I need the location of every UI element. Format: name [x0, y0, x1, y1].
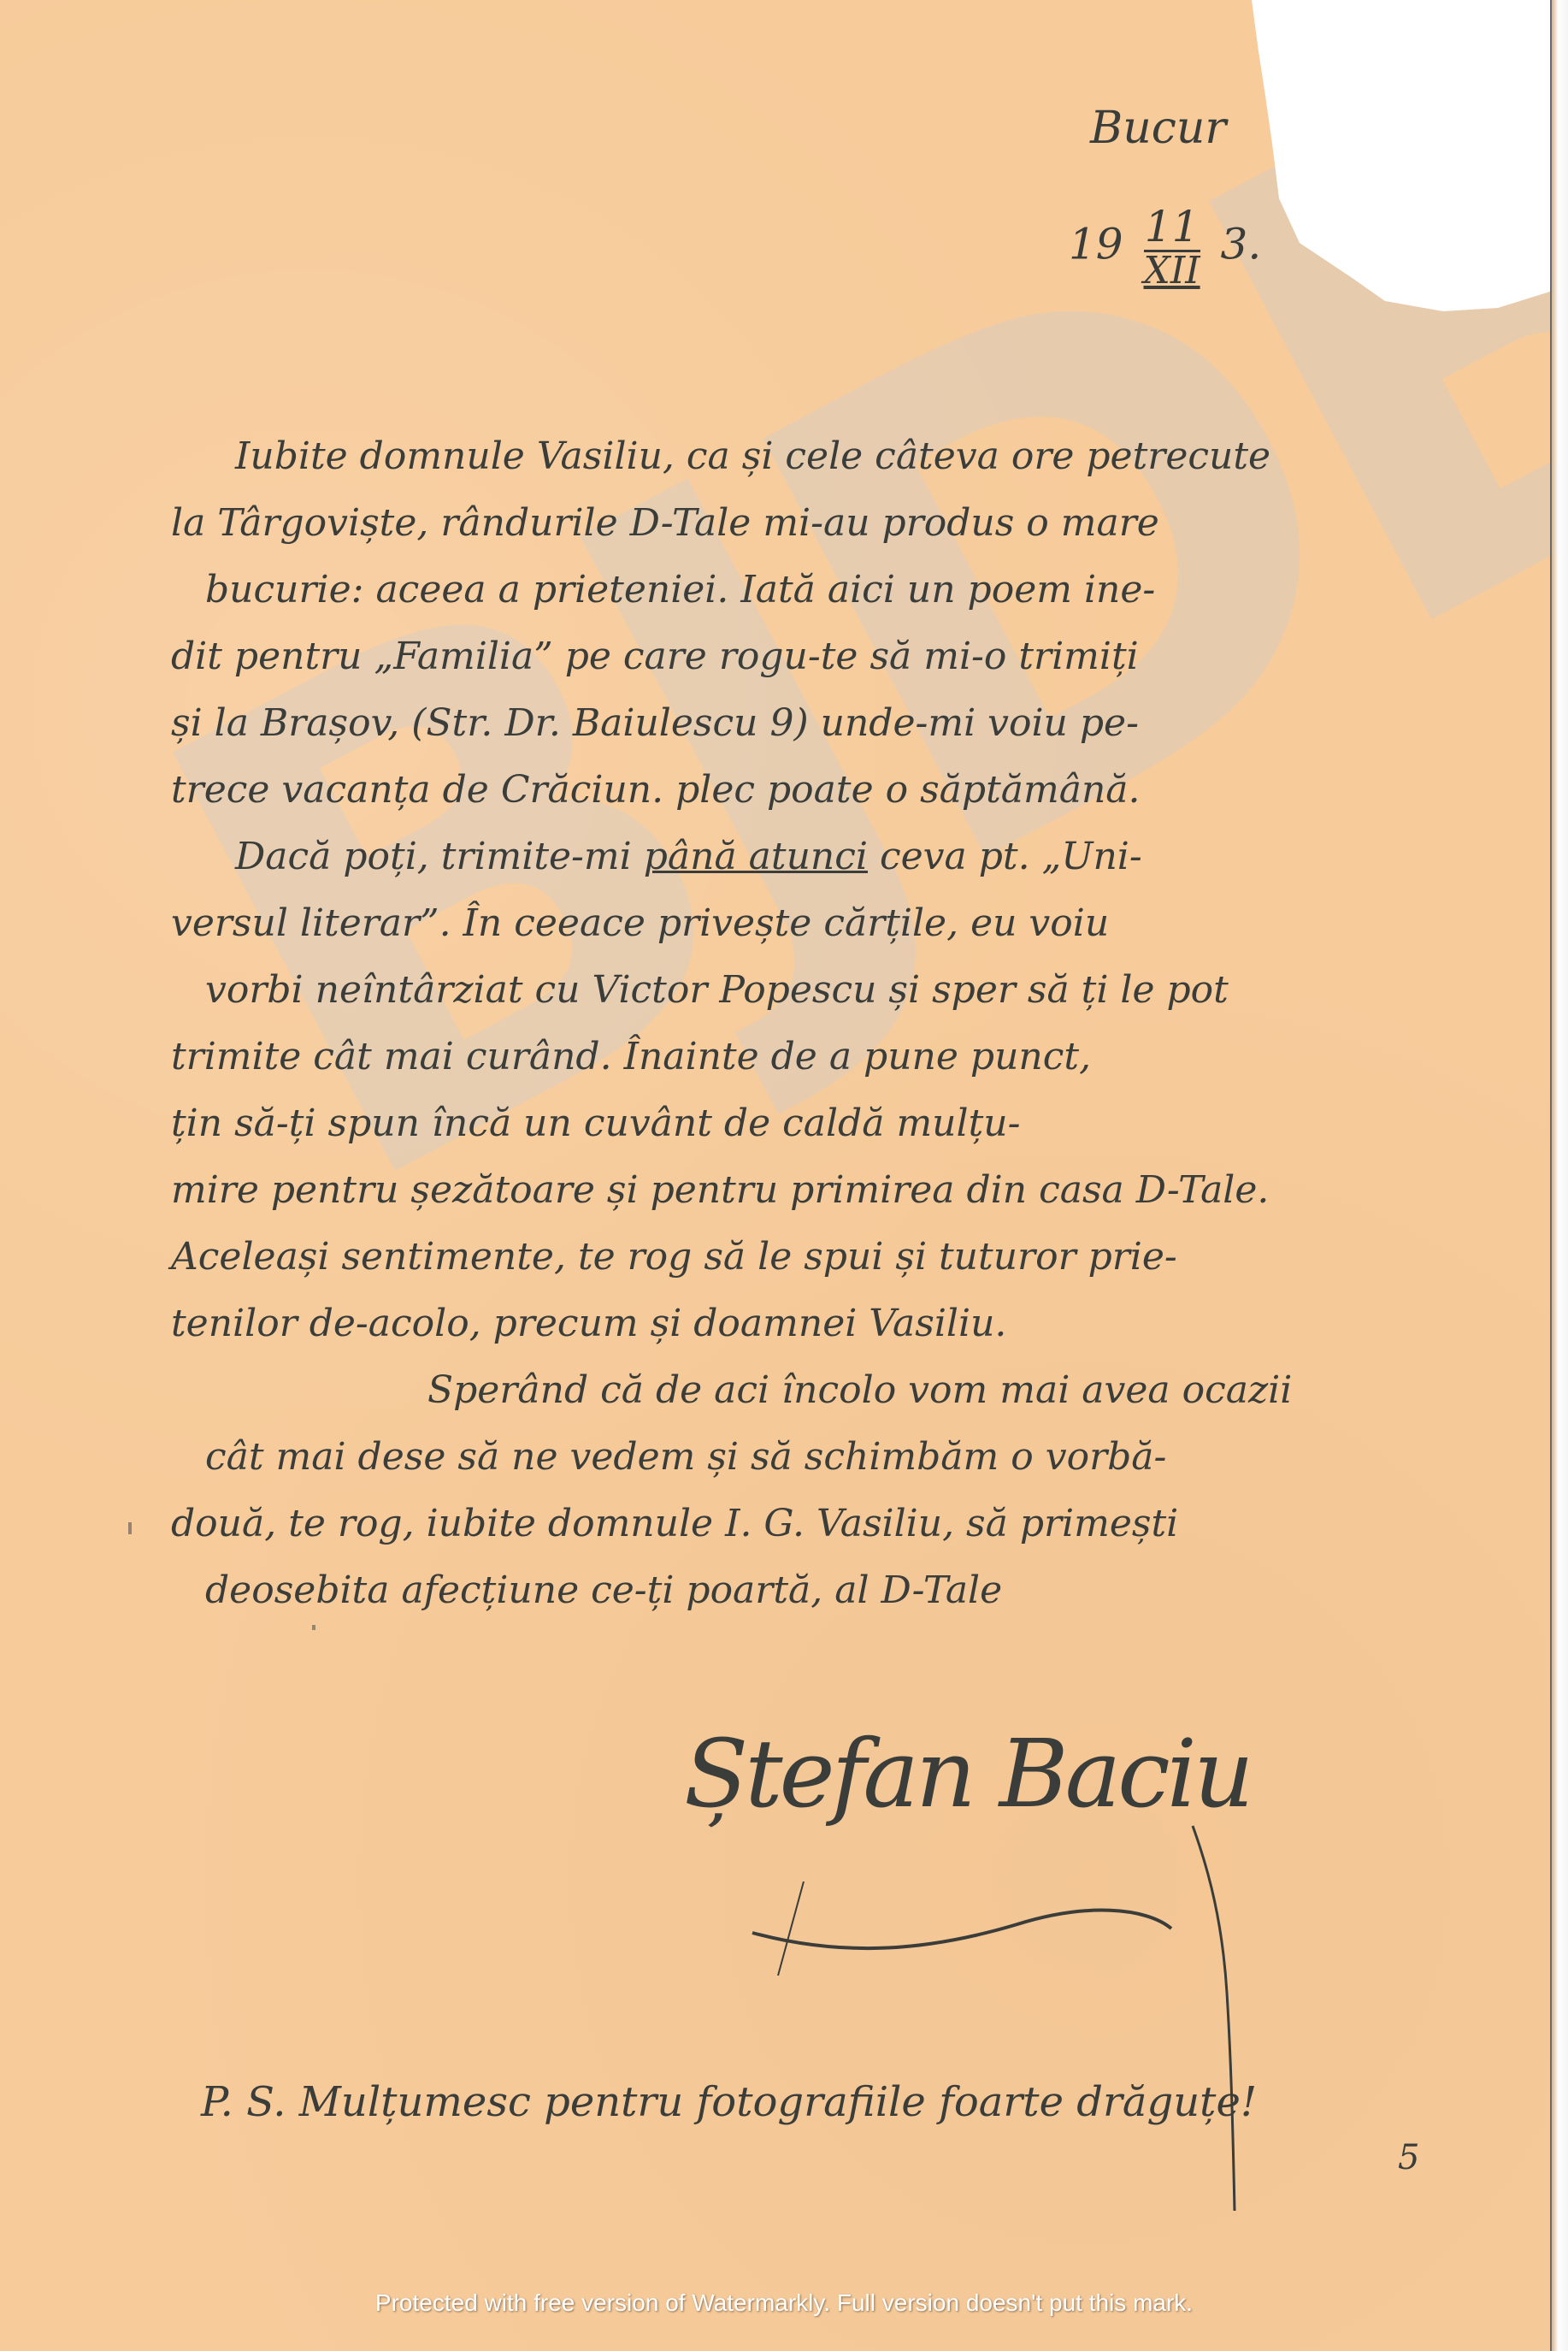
body-line: două, te rog, iubite domnule I. G. Vasil…	[171, 1491, 1547, 1557]
body-line: deosebita afecțiune ce-ți poartă, al D-T…	[171, 1557, 1547, 1624]
body-line: cât mai dese să ne vedem și să schimbăm …	[171, 1424, 1547, 1491]
body-line-part: ceva pt. „Uni-	[880, 835, 1142, 878]
signature-stroke-icon	[1188, 1822, 1257, 2215]
body-line: trece vacanța de Crăciun. plec poate o s…	[171, 757, 1547, 824]
date-prefix: 19	[1069, 220, 1123, 269]
body-line-part: Dacă poți, trimite-mi	[235, 835, 632, 878]
letter-body: Iubite domnule Vasiliu, ca și cele câtev…	[171, 423, 1547, 1624]
body-line: la Târgoviște, rândurile D-Tale mi-au pr…	[171, 490, 1547, 557]
date-fraction: 11 XII	[1144, 205, 1200, 290]
underlined-phrase: până atunci	[644, 835, 868, 878]
body-line: Dacă poți, trimite-mi până atunci ceva p…	[171, 824, 1547, 890]
body-line: mire pentru șezătoare și pentru primirea…	[171, 1157, 1547, 1224]
paper-speck	[128, 1522, 132, 1534]
body-line: și la Brașov, (Str. Dr. Baiulescu 9) und…	[171, 690, 1547, 757]
signature: Ștefan Baciu	[684, 1719, 1251, 1828]
letter-place: Bucur	[1090, 103, 1226, 154]
body-line: trimite cât mai curând. Înainte de a pun…	[171, 1024, 1547, 1090]
signature-flourish-icon	[744, 1881, 1188, 1984]
scan-edge	[1550, 0, 1568, 2351]
body-line: tenilor de-acolo, precum și doamnei Vasi…	[171, 1291, 1547, 1357]
body-line: Iubite domnule Vasiliu, ca și cele câtev…	[171, 423, 1547, 490]
letter-date: 19 11 XII 3.	[1069, 205, 1261, 290]
watermarkly-notice: Protected with free version of Watermark…	[0, 2289, 1568, 2317]
date-month: XII	[1144, 252, 1200, 290]
body-line: Sperând că de aci încolo vom mai avea oc…	[171, 1357, 1547, 1424]
postscript-mark: 5	[1398, 2138, 1419, 2177]
paper-speck	[312, 1625, 315, 1630]
body-line: Aceleași sentimente, te rog să le spui ș…	[171, 1224, 1547, 1291]
body-line: țin să-ți spun încă un cuvânt de caldă m…	[171, 1090, 1547, 1157]
body-line: dit pentru „Familia” pe care rogu-te să …	[171, 623, 1547, 690]
body-line: versul literar”. În ceeace privește cărț…	[171, 890, 1547, 957]
body-line: vorbi neîntârziat cu Victor Popescu și s…	[171, 957, 1547, 1024]
postscript: P. S. Mulțumesc pentru fotografiile foar…	[201, 2078, 1257, 2126]
date-day: 11	[1144, 205, 1200, 252]
body-line: bucurie: aceea a prieteniei. Iată aici u…	[171, 557, 1547, 623]
letter-sheet: BJDB Bucur 19 11 XII 3. Iubite domnule V…	[0, 0, 1552, 2351]
date-year-suffix: 3.	[1221, 220, 1262, 269]
